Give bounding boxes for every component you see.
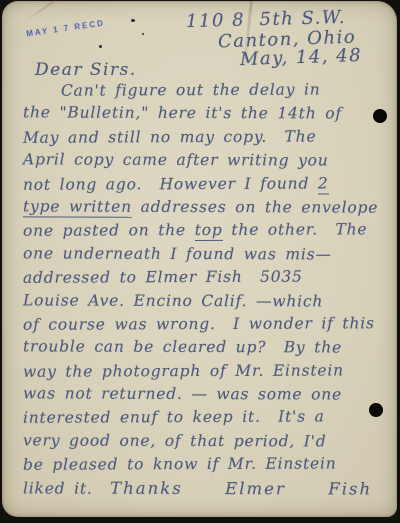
salutation: Dear Sirs. xyxy=(35,60,137,80)
ink-speck xyxy=(131,19,135,22)
letter-text-segment: the other. The xyxy=(223,221,368,240)
letter-date-line: May, 14, 48 xyxy=(240,45,363,70)
letter-text-segment: Can't figure out the delay in xyxy=(61,80,321,99)
letter-line: interested enuf to keep it. It's a xyxy=(23,408,383,433)
letter-text-segment: one underneath I found was mis— xyxy=(23,244,332,263)
letter-text-segment: way the photograph of Mr. Einstein xyxy=(23,361,344,380)
letter-text-segment: addresses on the envelope xyxy=(132,198,378,217)
letter-body: Can't figure out the delay inthe "Bullet… xyxy=(23,81,383,502)
ink-speck xyxy=(142,33,144,35)
letter-line: was not returned. — was some one xyxy=(23,384,383,409)
letter-line: one underneath I found was mis— xyxy=(23,244,383,269)
letter-text-segment: the "Bulletin," here it's the 14th of xyxy=(23,104,342,123)
letter-line: Louise Ave. Encino Calif. —which xyxy=(23,291,383,316)
letter-text-segment: of course was wrong. I wonder if this xyxy=(23,314,375,334)
received-date-stamp: MAY 1 7 RECD xyxy=(26,19,106,39)
letter-line: April copy came after writing you xyxy=(23,151,383,176)
letter-line: way the photograph of Mr. Einstein xyxy=(23,361,383,386)
letter-line: type written addresses on the envelope xyxy=(23,197,383,222)
ink-speck xyxy=(99,45,102,48)
letter-line: liked it. Thanks Elmer Fish xyxy=(23,478,383,503)
letter-text-segment: one pasted on the xyxy=(23,221,195,240)
letter-line: of course was wrong. I wonder if this xyxy=(23,314,383,339)
letter-text-segment: 2 xyxy=(318,174,329,194)
hole-punch xyxy=(373,109,387,123)
letter-text-segment: interested enuf to keep it. It's a xyxy=(23,408,325,427)
letter-line: trouble can be cleared up? By the xyxy=(23,338,383,363)
letter-text-segment: liked it. xyxy=(23,479,110,497)
letter-line: not long ago. However I found 2 xyxy=(23,174,383,199)
letter-text-segment: be pleased to know if Mr. Einstein xyxy=(23,455,337,474)
scanned-letter-page: MAY 1 7 RECD 110 8 5th S.W. Canton, Ohio… xyxy=(0,0,400,523)
letter-text-segment: was not returned. — was some one xyxy=(23,384,342,403)
letter-line: the "Bulletin," here it's the 14th of xyxy=(23,104,383,129)
letter-text-segment: trouble can be cleared up? By the xyxy=(23,338,342,357)
letter-text-segment: April copy came after writing you xyxy=(23,151,329,170)
paper-crease xyxy=(25,0,75,22)
hole-punch xyxy=(369,403,383,417)
letter-paper: MAY 1 7 RECD 110 8 5th S.W. Canton, Ohio… xyxy=(2,1,397,517)
signature: Thanks Elmer Fish xyxy=(110,478,372,498)
letter-text-segment: not long ago. However I found xyxy=(23,174,318,193)
letter-line: addressed to Elmer Fish 5035 xyxy=(23,267,383,292)
letter-text-segment: type written xyxy=(23,197,132,217)
letter-text-segment: addressed to Elmer Fish 5035 xyxy=(23,268,303,287)
letter-text-segment: very good one, of that period, I'd xyxy=(23,431,327,450)
letter-text-segment: top xyxy=(195,221,223,241)
letter-line: one pasted on the top the other. The xyxy=(23,221,383,246)
letter-text-segment: Louise Ave. Encino Calif. —which xyxy=(23,291,323,310)
letter-line: very good one, of that period, I'd xyxy=(23,431,383,456)
letter-text-segment: May and still no may copy. The xyxy=(23,127,316,146)
letter-line: Can't figure out the delay in xyxy=(23,80,383,105)
letter-line: May and still no may copy. The xyxy=(23,127,383,152)
letter-line: be pleased to know if Mr. Einstein xyxy=(23,454,383,479)
